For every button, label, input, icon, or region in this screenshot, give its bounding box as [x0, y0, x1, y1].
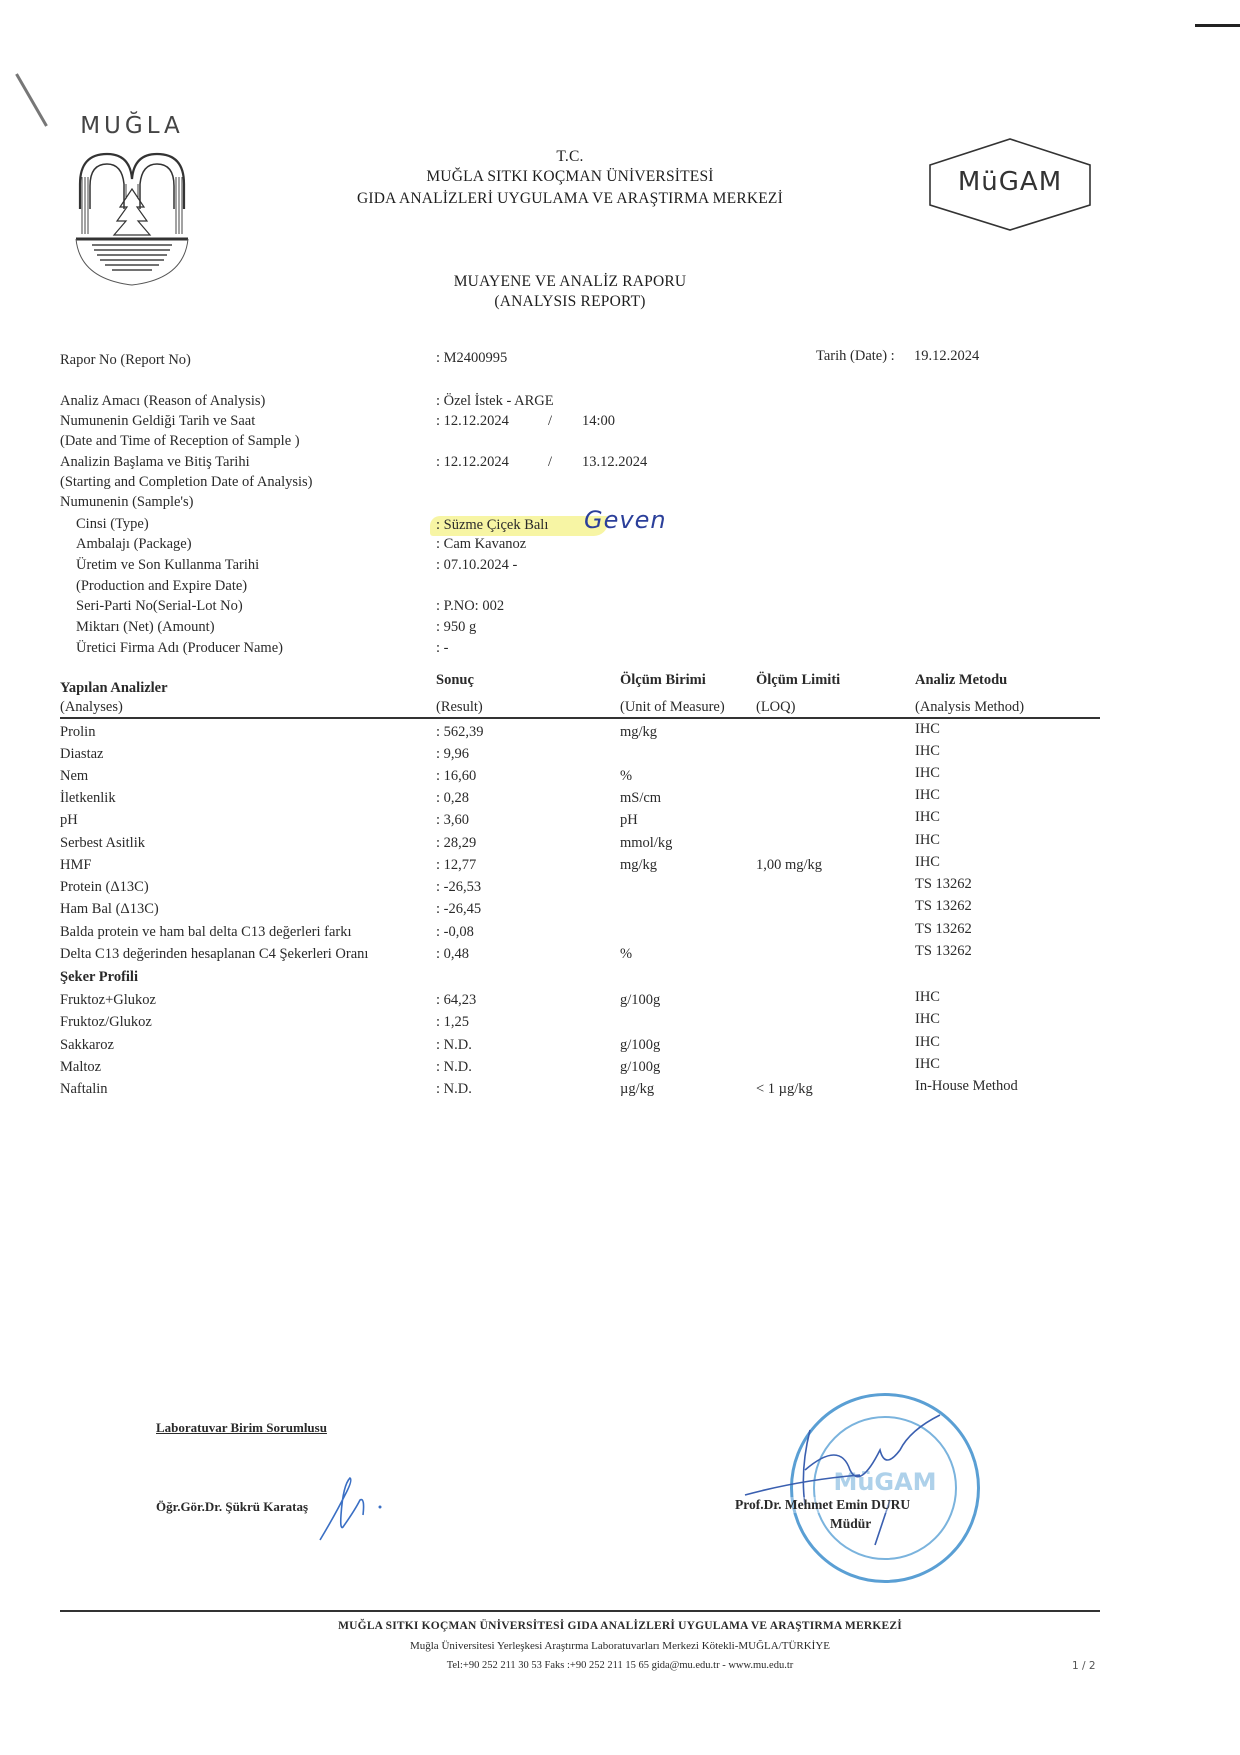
table-row: Naftalin: N.D.µg/kg< 1 µg/kgIn-House Met…: [0, 1081, 1240, 1103]
analysis-name: HMF: [60, 857, 91, 874]
analysis-loq: < 1 µg/kg: [756, 1081, 813, 1098]
analysis-method: IHC: [915, 1056, 940, 1073]
table-row: Prolin: 562,39mg/kgIHC: [0, 724, 1240, 746]
sample-value: : 07.10.2024 -: [436, 557, 517, 574]
analysis-name: Delta C13 değerinden hesaplanan C4 Şeker…: [60, 946, 368, 963]
analysis-result: : 9,96: [436, 746, 469, 763]
table-row: Ham Bal (Δ13C): -26,45TS 13262: [0, 901, 1240, 923]
analysis-result: : N.D.: [436, 1081, 472, 1098]
info-label: Numunenin Geldiği Tarih ve Saat: [60, 413, 255, 430]
column-header-en: (Unit of Measure): [620, 699, 725, 716]
analysis-name: Maltoz: [60, 1059, 101, 1076]
table-row: HMF: 12,77mg/kg1,00 mg/kgIHC: [0, 857, 1240, 879]
analysis-method: TS 13262: [915, 876, 972, 893]
analysis-name: Serbest Asitlik: [60, 835, 145, 852]
table-row: Maltoz: N.D.g/100gIHC: [0, 1059, 1240, 1081]
footer-contact: Tel:+90 252 211 30 53 Faks :+90 252 211 …: [0, 1660, 1240, 1671]
report-title: MUAYENE VE ANALİZ RAPORU: [370, 273, 770, 291]
info-value: : 12.12.2024: [436, 454, 509, 471]
header-tc: T.C.: [430, 148, 710, 166]
info-value: : Özel İstek - ARGE: [436, 393, 554, 410]
column-header-en: (Analyses): [60, 699, 123, 716]
sample-label: Seri-Parti No(Serial-Lot No): [76, 598, 243, 615]
analysis-name: Prolin: [60, 724, 95, 741]
column-header: Sonuç: [436, 672, 474, 689]
analysis-result: : 16,60: [436, 768, 476, 785]
footer-center-name: MUĞLA SITKI KOÇMAN ÜNİVERSİTESİ GIDA ANA…: [0, 1620, 1240, 1632]
sample-label: Ambalajı (Package): [76, 536, 192, 553]
analysis-name: Diastaz: [60, 746, 103, 763]
analysis-method: IHC: [915, 854, 940, 871]
table-section-heading: Şeker Profili: [0, 969, 1240, 991]
footer-rule: [60, 1610, 1100, 1612]
info-row: Analizin Başlama ve Bitiş Tarihi: 12.12.…: [0, 454, 1240, 476]
analysis-method: TS 13262: [915, 898, 972, 915]
analysis-unit: g/100g: [620, 1059, 660, 1076]
signature-left-icon: [315, 1475, 395, 1545]
info-value-end: 14:00: [582, 413, 615, 430]
table-row: Fruktoz/Glukoz: 1,25IHC: [0, 1014, 1240, 1036]
sample-row: Ambalajı (Package): Cam Kavanoz: [0, 536, 1240, 558]
analysis-unit: %: [620, 768, 632, 785]
analysis-name: Nem: [60, 768, 88, 785]
analysis-name: Naftalin: [60, 1081, 108, 1098]
analysis-unit: µg/kg: [620, 1081, 654, 1098]
scan-mark: [15, 73, 48, 126]
report-title-en: (ANALYSIS REPORT): [370, 293, 770, 311]
analysis-name: İletkenlik: [60, 790, 116, 807]
mugam-logo: MüGAM: [925, 137, 1095, 232]
analysis-method: IHC: [915, 1034, 940, 1051]
table-row: Protein (Δ13C): -26,53TS 13262: [0, 879, 1240, 901]
table-row: Nem: 16,60%IHC: [0, 768, 1240, 790]
report-no-label: Rapor No (Report No): [60, 352, 191, 369]
table-row: pH: 3,60pHIHC: [0, 812, 1240, 834]
analysis-method: In-House Method: [915, 1078, 1018, 1095]
scan-mark: [1195, 24, 1240, 27]
sample-label: Cinsi (Type): [76, 516, 149, 533]
page-number: 1 / 2: [1072, 1660, 1096, 1672]
sample-type-value: : Süzme Çiçek Balı: [430, 516, 608, 536]
info-separator: /: [548, 413, 552, 430]
analysis-method: IHC: [915, 743, 940, 760]
column-header: Ölçüm Birimi: [620, 672, 706, 689]
analysis-method: TS 13262: [915, 921, 972, 938]
lab-unit-responsible-title: Laboratuvar Birim Sorumlusu: [156, 1420, 327, 1436]
mugla-university-logo: MUĞLA: [72, 113, 192, 294]
info-label: Numunenin (Sample's): [60, 494, 194, 511]
table-header-rule: [60, 717, 1100, 719]
analysis-result: : -26,53: [436, 879, 481, 896]
info-value: : 12.12.2024: [436, 413, 509, 430]
analysis-unit: g/100g: [620, 992, 660, 1009]
sample-label: Miktarı (Net) (Amount): [76, 619, 215, 636]
analysis-result: : 64,23: [436, 992, 476, 1009]
analysis-name: Şeker Profili: [60, 969, 138, 986]
signature-right-icon: [740, 1410, 970, 1560]
sample-value: : -: [436, 640, 448, 657]
sample-row: Üretim ve Son Kullanma Tarihi: 07.10.202…: [0, 557, 1240, 579]
info-label: Analiz Amacı (Reason of Analysis): [60, 393, 265, 410]
analysis-result: : -0,08: [436, 924, 474, 941]
report-date-label: Tarih (Date) :: [816, 348, 895, 365]
table-row: Serbest Asitlik: 28,29mmol/kgIHC: [0, 835, 1240, 857]
university-emblem-icon: [72, 139, 192, 289]
analysis-name: Ham Bal (Δ13C): [60, 901, 159, 918]
info-row: Numunenin Geldiği Tarih ve Saat: 12.12.2…: [0, 413, 1240, 435]
analysis-method: TS 13262: [915, 943, 972, 960]
director-name: Prof.Dr. Mehmet Emin DURU: [735, 1497, 910, 1513]
analysis-result: : 1,25: [436, 1014, 469, 1031]
header-university: MUĞLA SITKI KOÇMAN ÜNİVERSİTESİ: [320, 168, 820, 186]
table-row: Sakkaroz: N.D.g/100gIHC: [0, 1037, 1240, 1059]
report-no-value: : M2400995: [436, 350, 507, 367]
analysis-method: IHC: [915, 765, 940, 782]
lab-unit-responsible-name: Öğr.Gör.Dr. Şükrü Karataş: [156, 1499, 308, 1515]
info-row: (Date and Time of Reception of Sample ): [0, 433, 1240, 455]
info-row: (Starting and Completion Date of Analysi…: [0, 474, 1240, 496]
analysis-unit: %: [620, 946, 632, 963]
report-date-value: 19.12.2024: [914, 348, 979, 365]
column-header-en: (Result): [436, 699, 483, 716]
info-label: (Starting and Completion Date of Analysi…: [60, 474, 313, 491]
table-row: Diastaz: 9,96IHC: [0, 746, 1240, 768]
analysis-name: Fruktoz/Glukoz: [60, 1014, 152, 1031]
director-title: Müdür: [830, 1516, 871, 1532]
analysis-result: : 0,28: [436, 790, 469, 807]
sample-row: (Production and Expire Date): [0, 578, 1240, 600]
analysis-method: IHC: [915, 721, 940, 738]
analysis-name: Protein (Δ13C): [60, 879, 149, 896]
analysis-name: pH: [60, 812, 78, 829]
sample-row: Miktarı (Net) (Amount): 950 g: [0, 619, 1240, 641]
info-value-end: 13.12.2024: [582, 454, 647, 471]
logo-word: MUĞLA: [72, 113, 192, 139]
analysis-name: Fruktoz+Glukoz: [60, 992, 156, 1009]
sample-value: : P.NO: 002: [436, 598, 504, 615]
table-row: İletkenlik: 0,28mS/cmIHC: [0, 790, 1240, 812]
analysis-name: Balda protein ve ham bal delta C13 değer…: [60, 924, 352, 941]
analysis-result: : 0,48: [436, 946, 469, 963]
analysis-result: : N.D.: [436, 1037, 472, 1054]
column-header: Yapılan Analizler: [60, 680, 168, 697]
analysis-unit: mS/cm: [620, 790, 661, 807]
column-header: Analiz Metodu: [915, 672, 1007, 689]
analysis-method: IHC: [915, 809, 940, 826]
analysis-method: IHC: [915, 832, 940, 849]
info-label: Analizin Başlama ve Bitiş Tarihi: [60, 454, 250, 471]
analysis-method: IHC: [915, 1011, 940, 1028]
column-header-en: (LOQ): [756, 699, 795, 716]
analysis-result: : N.D.: [436, 1059, 472, 1076]
analysis-result: : 12,77: [436, 857, 476, 874]
column-header: Ölçüm Limiti: [756, 672, 840, 689]
column-header-en: (Analysis Method): [915, 699, 1024, 716]
info-label: (Date and Time of Reception of Sample ): [60, 433, 300, 450]
analysis-loq: 1,00 mg/kg: [756, 857, 822, 874]
info-separator: /: [548, 454, 552, 471]
header-center: GIDA ANALİZLERİ UYGULAMA VE ARAŞTIRMA ME…: [270, 190, 870, 208]
sample-label: (Production and Expire Date): [76, 578, 247, 595]
analysis-result: : 562,39: [436, 724, 484, 741]
analysis-unit: pH: [620, 812, 638, 829]
sample-label: Üretici Firma Adı (Producer Name): [76, 640, 283, 657]
analysis-unit: g/100g: [620, 1037, 660, 1054]
table-row: Fruktoz+Glukoz: 64,23g/100gIHC: [0, 992, 1240, 1014]
analysis-result: : 28,29: [436, 835, 476, 852]
sample-value: : 950 g: [436, 619, 476, 636]
analysis-result: : -26,45: [436, 901, 481, 918]
analysis-unit: mmol/kg: [620, 835, 672, 852]
analysis-result: : 3,60: [436, 812, 469, 829]
sample-row: Cinsi (Type): Süzme Çiçek BalıGeven: [0, 516, 1240, 538]
analysis-method: IHC: [915, 989, 940, 1006]
analysis-method: IHC: [915, 787, 940, 804]
sample-row: Üretici Firma Adı (Producer Name): -: [0, 640, 1240, 662]
footer-address: Muğla Üniversitesi Yerleşkesi Araştırma …: [0, 1640, 1240, 1652]
analysis-unit: mg/kg: [620, 857, 657, 874]
analysis-name: Sakkaroz: [60, 1037, 114, 1054]
info-row: Analiz Amacı (Reason of Analysis): Özel …: [0, 393, 1240, 415]
analysis-unit: mg/kg: [620, 724, 657, 741]
mugam-logo-text: MüGAM: [925, 167, 1095, 197]
table-row: Balda protein ve ham bal delta C13 değer…: [0, 924, 1240, 946]
sample-value: : Cam Kavanoz: [436, 536, 526, 553]
sample-row: Seri-Parti No(Serial-Lot No): P.NO: 002: [0, 598, 1240, 620]
handwritten-note: Geven: [584, 506, 667, 534]
table-row: Delta C13 değerinden hesaplanan C4 Şeker…: [0, 946, 1240, 968]
sample-label: Üretim ve Son Kullanma Tarihi: [76, 557, 259, 574]
